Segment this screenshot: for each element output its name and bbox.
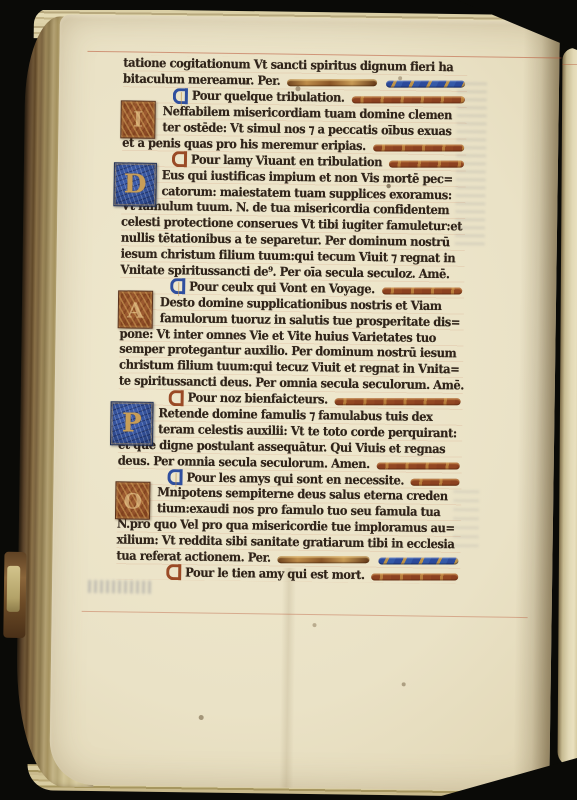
gutter-shadow	[513, 21, 560, 791]
rubric-heading: Pour le tien amy qui est mort.	[116, 564, 460, 585]
decorated-initial-o: O	[115, 481, 151, 519]
decorated-initial-d: D	[113, 162, 157, 207]
ink-showthrough	[88, 580, 154, 594]
pilcrow-icon	[169, 390, 182, 406]
line-filler-ornament	[389, 160, 464, 167]
decorated-initial-a: A	[118, 291, 154, 329]
line-filler-ornament	[373, 144, 465, 151]
manuscript-page: tatione cogitationum Vt sancti spiritus …	[49, 14, 560, 791]
line-text: Desto domine supplicationibus nostris et…	[160, 296, 442, 312]
book-photo: tatione cogitationum Vt sancti spiritus …	[0, 0, 577, 800]
heading-text: Pour le tien amy qui est mort.	[185, 567, 365, 581]
ruling-line	[562, 64, 577, 65]
facing-page-edge	[557, 48, 577, 766]
line-filler-ornament	[378, 558, 458, 565]
ruling-line	[82, 611, 528, 618]
line-text: et a penis quas pro his meremur eripias.	[122, 137, 366, 152]
pilcrow-icon	[173, 88, 186, 104]
line-filler-ornament	[411, 478, 460, 485]
pilcrow-icon	[166, 564, 179, 580]
heading-text: Pour les amys qui sont en necessite.	[186, 471, 404, 486]
line-filler-ornament	[351, 97, 464, 104]
heading-text: Pour noz bienfaicteurs.	[188, 392, 328, 406]
line-text: deus. Per omnia secula seculorum. Amen.	[118, 455, 370, 470]
line-text: Retende domine famulis ⁊ famulabus tuis …	[158, 408, 432, 424]
dust-specks	[60, 14, 62, 16]
line-filler-ornament	[386, 81, 465, 88]
line-filler-ornament	[287, 80, 377, 87]
line-filler-ornament	[335, 398, 461, 405]
pilcrow-icon	[167, 469, 180, 485]
heading-text: Pour lamy Viuant en tribulation	[191, 154, 382, 168]
line-filler-ornament	[372, 573, 459, 580]
heading-text: Pour quelque tribulation.	[192, 90, 345, 104]
decorated-initial-i: I	[120, 100, 156, 138]
pilcrow-icon	[170, 278, 183, 294]
clasp-tab	[7, 566, 21, 612]
parchment-crease	[279, 568, 296, 788]
text-block: tatione cogitationum Vt sancti spiritus …	[116, 55, 467, 584]
line-filler-ornament	[377, 462, 460, 469]
heading-text: Pour ceulx qui Vont en Voyage.	[189, 281, 375, 295]
line-text: tua referat actionem. Per.	[116, 550, 270, 564]
line-text: bitaculum mereamur. Per.	[123, 73, 280, 87]
line-text: ter ostēde: Vt simul nos ⁊ a peccatis oī…	[162, 122, 451, 138]
line-filler-ornament	[382, 287, 463, 294]
open-book: tatione cogitationum Vt sancti spiritus …	[15, 14, 560, 793]
decorated-initial-p: P	[110, 401, 154, 446]
pilcrow-icon	[172, 151, 185, 167]
line-filler-ornament	[278, 556, 370, 563]
line-text: Eus qui iustificas impium et non Vis mor…	[162, 169, 453, 185]
